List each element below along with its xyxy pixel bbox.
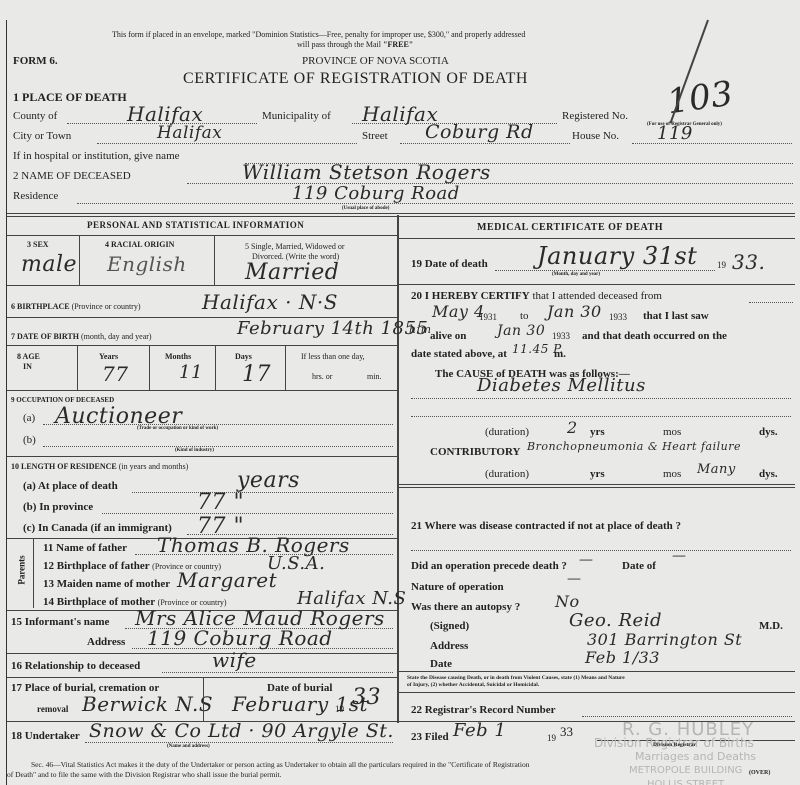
province-heading: PROVINCE OF NOVA SCOTIA	[302, 55, 449, 67]
autopsy-label: Was there an autopsy ?	[411, 601, 520, 613]
dys-label-1: dys.	[759, 426, 778, 438]
residence-c-label: (c) In Canada (if an immigrant)	[23, 522, 172, 534]
duration-label-1: (duration)	[485, 426, 529, 438]
autopsy-value: No	[555, 592, 580, 611]
date-of-death-note: (Month, day and year)	[552, 272, 600, 277]
certify-line: 20 I HEREBY CERTIFY that I attended dece…	[411, 290, 662, 302]
last-saw-text: that I last saw	[643, 310, 709, 322]
mos-label-1: mos	[663, 426, 681, 438]
registrar-stamp-line5: HOLLIS STREET	[647, 779, 724, 785]
house-no-label: House No.	[572, 130, 619, 142]
date-of-birth-value: February 14th 1855	[237, 318, 428, 339]
residence-b-label: (b) In province	[23, 501, 93, 513]
q21-label: 21 Where was disease contracted if not a…	[411, 520, 681, 532]
undertaker-value: Snow & Co Ltd · 90 Argyle St.	[89, 720, 394, 742]
attended-to-value: Jan 30	[547, 302, 602, 321]
alive-on-value: Jan 30	[497, 323, 545, 339]
registrar-stamp-line4: METROPOLE BUILDING	[629, 765, 742, 776]
occupation-b-label: (b)	[23, 434, 36, 446]
residence-b-value: 77 "	[197, 490, 244, 515]
attended-to-year: 1933	[609, 312, 627, 322]
disease-note-line2: of Injury, (2) whether Accidental, Suici…	[407, 682, 539, 688]
burial-removal-label: removal	[37, 704, 68, 714]
name-of-deceased-value: William Stetson Rogers	[242, 160, 491, 184]
city-value: Halifax	[157, 123, 222, 143]
filed-label: 23 Filed	[411, 731, 449, 743]
nature-of-operation-label: Nature of operation	[411, 581, 504, 593]
parents-label: Parents	[17, 555, 27, 584]
sex-value: male	[21, 252, 77, 277]
date-of-operation-label: Date of	[622, 560, 656, 572]
registrar-record-label: 22 Registrar's Record Number	[411, 704, 556, 716]
age-label: 8 AGE	[17, 352, 40, 361]
burial-year-prefix: 19	[335, 704, 344, 714]
street-value: Coburg Rd	[425, 121, 534, 143]
informant-name-label: 15 Informant's name	[11, 616, 109, 628]
undertaker-note: (Name and address)	[167, 744, 210, 749]
section-divider	[7, 213, 795, 217]
date-of-death-year-prefix: 19	[717, 260, 726, 270]
place-of-death-heading: 1 PLACE OF DEATH	[13, 90, 127, 105]
doctor-date-label: Date	[430, 658, 452, 670]
form-number: FORM 6.	[13, 55, 58, 67]
postal-notice-line2: will pass through the Mail "FREE"	[297, 40, 413, 49]
operation-value: —	[579, 552, 594, 568]
registrar-stamp-line3: Marriages and Deaths	[635, 750, 756, 763]
doctor-address-label: Address	[430, 640, 468, 652]
occupation-heading: 9 OCCUPATION OF DECEASED	[11, 396, 114, 404]
footer-text-line1: Sec. 46—Vital Statistics Act makes it th…	[31, 760, 530, 769]
to-label: to	[520, 310, 529, 322]
residence-note: (Usual place of abode)	[342, 206, 389, 211]
date-stated-text: date stated above, at	[411, 348, 507, 360]
informant-address-value: 119 Coburg Road	[147, 626, 333, 650]
racial-origin-value: English	[107, 252, 187, 276]
personal-heading: PERSONAL AND STATISTICAL INFORMATION	[87, 220, 304, 230]
industry-note: (Kind of industry)	[175, 448, 214, 453]
duration-label-2: (duration)	[485, 468, 529, 480]
undertaker-label: 18 Undertaker	[11, 730, 80, 742]
age-label-in: IN	[23, 362, 32, 371]
alive-on-text: alive on	[430, 330, 466, 342]
column-divider	[397, 215, 399, 723]
name-of-deceased-label: 2 NAME OF DECEASED	[13, 170, 131, 182]
date-of-death-label: 19 Date of death	[411, 258, 488, 270]
age-months-value: 11	[179, 362, 203, 383]
over-label: (OVER)	[749, 770, 770, 776]
date-of-death-value: January 31st	[537, 242, 697, 270]
division-registrar-caption: Division Registrar	[653, 742, 696, 748]
burial-year-value: 33	[352, 685, 381, 710]
marital-status-label: 5 Single, Married, Widowed or	[245, 242, 345, 251]
filed-value: Feb 1	[453, 720, 506, 741]
duration-1-years-value: 2	[567, 418, 578, 437]
days-label: Days	[235, 352, 252, 361]
hospital-label: If in hospital or institution, give name	[13, 150, 180, 162]
hrs-label: hrs. or	[312, 372, 332, 381]
attended-from-value: May 4	[432, 302, 485, 321]
mother-maiden-name-value: Margaret	[177, 568, 277, 592]
residence-label: Residence	[13, 190, 58, 202]
doctor-date-value: Feb 1/33	[585, 648, 660, 667]
min-label: min.	[367, 372, 381, 381]
operation-label: Did an operation precede death ?	[411, 560, 567, 572]
certificate-title: CERTIFICATE OF REGISTRATION OF DEATH	[183, 70, 528, 88]
occupation-note: (Trade or occupation or kind of work)	[137, 426, 218, 431]
registered-no-label: Registered No.	[562, 110, 628, 122]
street-label: Street	[362, 130, 388, 142]
city-label: City or Town	[13, 130, 71, 142]
age-years-value: 77	[102, 362, 128, 386]
mother-maiden-name-label: 13 Maiden name of mother	[43, 578, 170, 590]
father-name-label: 11 Name of father	[43, 542, 127, 554]
occupation-a-label: (a)	[23, 412, 35, 424]
m-label: m.	[554, 348, 566, 360]
yrs-label-1: yrs	[590, 426, 605, 438]
disease-note-line1: State the Disease causing Death, or in d…	[407, 675, 625, 681]
burial-date-value: February 1st	[232, 692, 368, 716]
cause-of-death-value: Diabetes Mellitus	[477, 375, 646, 396]
duration-2-days-value: Many	[697, 462, 736, 477]
death-occurred-text: and that death occurred on the	[582, 330, 727, 342]
md-label: M.D.	[759, 620, 783, 632]
postal-notice: This form if placed in an envelope, mark…	[112, 30, 525, 39]
relationship-value: wife	[212, 648, 257, 672]
doctor-address-value: 301 Barrington St	[587, 630, 742, 649]
house-no-value: 119	[657, 123, 693, 144]
filed-year: 33	[560, 724, 573, 740]
him-value: him	[409, 323, 432, 336]
yrs-label-2: yrs	[590, 468, 605, 480]
marital-status-value: Married	[245, 260, 339, 285]
length-of-residence-heading: 10 LENGTH OF RESIDENCE (in years and mon…	[11, 462, 188, 471]
death-certificate: This form if placed in an envelope, mark…	[6, 20, 800, 785]
birthplace-label: 6 BIRTHPLACE (Province or country)	[11, 302, 141, 311]
county-label: County of	[13, 110, 57, 122]
less-than-day-label: If less than one day,	[301, 352, 365, 361]
contributory-label: CONTRIBUTORY	[430, 446, 520, 458]
medical-heading: MEDICAL CERTIFICATE OF DEATH	[477, 222, 663, 233]
residence-value: 119 Coburg Road	[292, 183, 460, 204]
alive-on-year: 1933	[552, 331, 570, 341]
nature-of-operation-value: —	[567, 571, 582, 587]
age-days-value: 17	[242, 362, 271, 387]
mos-label-2: mos	[663, 468, 681, 480]
sex-label: 3 SEX	[27, 240, 49, 249]
birthplace-value: Halifax · N·S	[202, 290, 338, 314]
dys-label-2: dys.	[759, 468, 778, 480]
years-label: Years	[99, 352, 118, 361]
registered-number-handwritten: 103	[665, 74, 736, 123]
residence-a-label: (a) At place of death	[23, 480, 118, 492]
relationship-label: 16 Relationship to deceased	[11, 660, 140, 672]
months-label: Months	[165, 352, 191, 361]
burial-place-value: Berwick N.S	[82, 692, 213, 716]
attended-from-year: 1931	[479, 312, 497, 322]
residence-a-value: years	[237, 468, 300, 493]
signed-value: Geo. Reid	[569, 610, 662, 631]
date-of-death-year: 33.	[732, 250, 765, 274]
footer-text-line2: of Death" and to file the same with the …	[7, 770, 281, 779]
municipality-label: Municipality of	[262, 110, 331, 122]
informant-address-label: Address	[87, 636, 125, 648]
date-of-operation-value: —	[672, 548, 687, 564]
signed-label: (Signed)	[430, 620, 469, 632]
date-of-birth-label: 7 DATE OF BIRTH (month, day and year)	[11, 332, 152, 341]
contributory-value: Bronchopneumonia & Heart failure	[527, 440, 741, 453]
racial-origin-label: 4 RACIAL ORIGIN	[105, 240, 174, 249]
filed-year-prefix: 19	[547, 733, 556, 743]
